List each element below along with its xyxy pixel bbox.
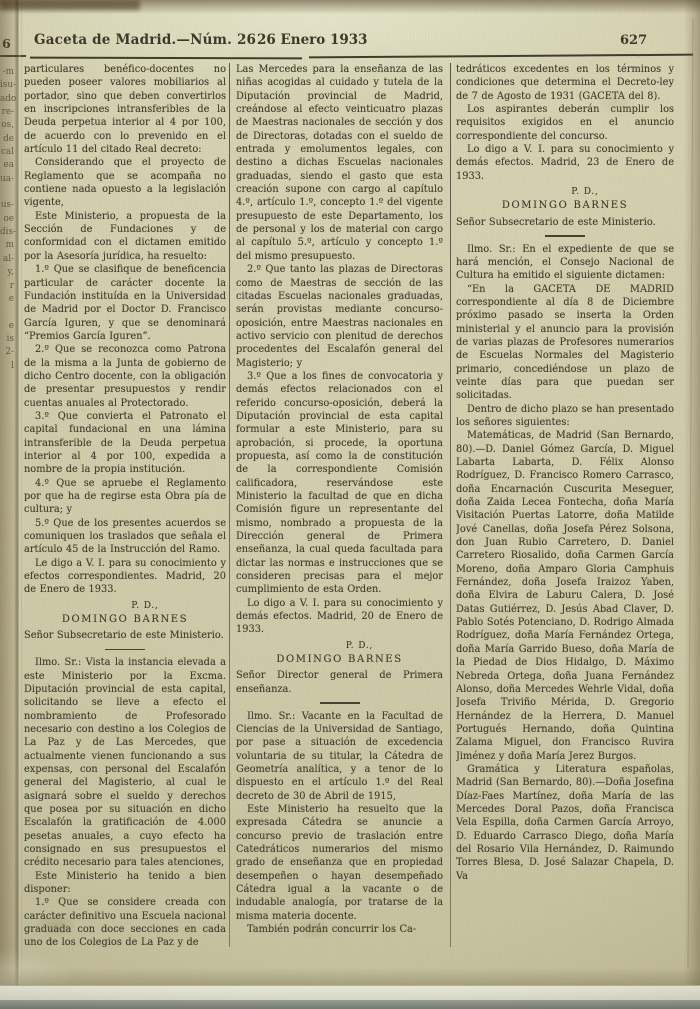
right-page-crease <box>688 18 694 968</box>
paragraph: Las Mercedes para la enseñanza de las ni… <box>236 63 443 263</box>
scan-background-strip <box>0 1000 700 1009</box>
header-rule-left <box>30 57 302 60</box>
signature-initials: P. D., <box>44 600 226 613</box>
paragraph: 1.º Que se considere creada con carácter… <box>24 896 226 947</box>
signature-initials: P. D., <box>256 640 443 653</box>
paragraph: Este Ministerio, a propuesta de la Secci… <box>24 210 226 263</box>
paragraph: Ilmo. Sr.: En el expediente de que se ha… <box>456 243 674 283</box>
paragraph: Este Ministerio ha tenido a bien dispone… <box>24 870 226 897</box>
addressee-line: Señor Subsecretario de este Ministerio. <box>24 629 226 642</box>
paragraph: Ilmo. Sr.: Vacante en la Facultad de Cie… <box>236 710 443 803</box>
page-number: 627 <box>620 33 647 48</box>
binding-fold <box>14 0 22 1009</box>
signature-block: P. D., DOMINGO BARNES <box>456 186 674 213</box>
paragraph: 1.º Que se clasifique de beneficencia pa… <box>24 263 226 343</box>
closing-paragraph: Le digo a V. I. para su conocimiento y e… <box>24 557 226 597</box>
addressee-line: Señor Subsecretario de este Ministerio. <box>456 216 674 229</box>
signature-name: DOMINGO BARNES <box>456 199 674 212</box>
binding-spine-text: -m isu- ado re- os, de cal ea ua- us- oe… <box>0 66 14 373</box>
column-separator-2 <box>450 63 451 947</box>
header-rule-right <box>309 54 693 59</box>
paragraph: Ilmo. Sr.: Vista la instancia elevada a … <box>24 656 226 870</box>
gazette-page: 6 Gaceta de Madrid.—Núm. 26 26 Enero 193… <box>0 0 700 1009</box>
section-divider-rule <box>105 649 145 650</box>
bottom-left-corner-highlight <box>0 948 80 988</box>
paragraph: tedráticos excedentes en los términos y … <box>456 63 674 103</box>
bottom-page-shadow <box>0 968 700 985</box>
previous-page-rule <box>0 55 26 57</box>
paragraph: Considerando que el proyecto de Reglamen… <box>24 156 226 209</box>
section-divider-rule <box>545 235 585 236</box>
previous-page-number: 6 <box>2 36 11 51</box>
text-column-3: tedráticos excedentes en los términos y … <box>456 63 674 929</box>
paragraph: 2.º Que se reconozca como Patrona de la … <box>24 343 226 410</box>
text-column-2: Las Mercedes para la enseñanza de las ni… <box>236 63 443 947</box>
section-divider-rule <box>320 702 360 703</box>
applicant-list-mathematics: Matemáticas, de Madrid (San Bernardo, 80… <box>456 429 674 763</box>
top-left-edge-shadow <box>0 0 140 10</box>
signature-name: DOMINGO BARNES <box>236 653 443 666</box>
signature-block: P. D., DOMINGO BARNES <box>236 640 443 667</box>
applicant-list-grammar-literature: Gramática y Literatura españolas, Madrid… <box>456 763 674 883</box>
signature-initials: P. D., <box>476 186 674 199</box>
closing-paragraph: Lo digo a V. I. para su conocimiento y d… <box>236 597 443 637</box>
paragraph: Los aspirantes deberán cumplir los requi… <box>456 103 674 143</box>
paragraph: Dentro de dicho plazo se han presentado … <box>456 403 674 430</box>
paragraph: 5.º Que de los presentes acuerdos se com… <box>24 517 226 557</box>
paragraph: También podrán concurrir los Ca- <box>236 923 443 936</box>
journal-title: Gaceta de Madrid.—Núm. 26 <box>34 32 256 48</box>
issue-date: 26 Enero 1933 <box>257 32 368 48</box>
paragraph: 2.º Que tanto las plazas de Directoras c… <box>236 263 443 370</box>
signature-name: DOMINGO BARNES <box>24 613 226 626</box>
paragraph: 3.º Que a los fines de convocatoria y de… <box>236 370 443 597</box>
closing-paragraph: Lo digo a V. I. para su conocimiento y d… <box>456 143 674 183</box>
paragraph: 3.º Que convierta el Patronato el capita… <box>24 410 226 477</box>
text-column-1: particulares benéfico-docentes no pueden… <box>24 63 226 947</box>
column-separator-1 <box>229 63 230 947</box>
addressee-line: Señor Director general de Primera enseña… <box>236 669 443 696</box>
signature-block: P. D., DOMINGO BARNES <box>24 600 226 627</box>
paragraph: particulares benéfico-docentes no pueden… <box>24 63 226 156</box>
paragraph: Este Ministerio ha resuelto que la expre… <box>236 803 443 923</box>
paragraph: 4.º Que se apruebe el Reglamento por que… <box>24 477 226 517</box>
paragraph: “En la GACETA DE MADRID correspondiente … <box>456 283 674 403</box>
